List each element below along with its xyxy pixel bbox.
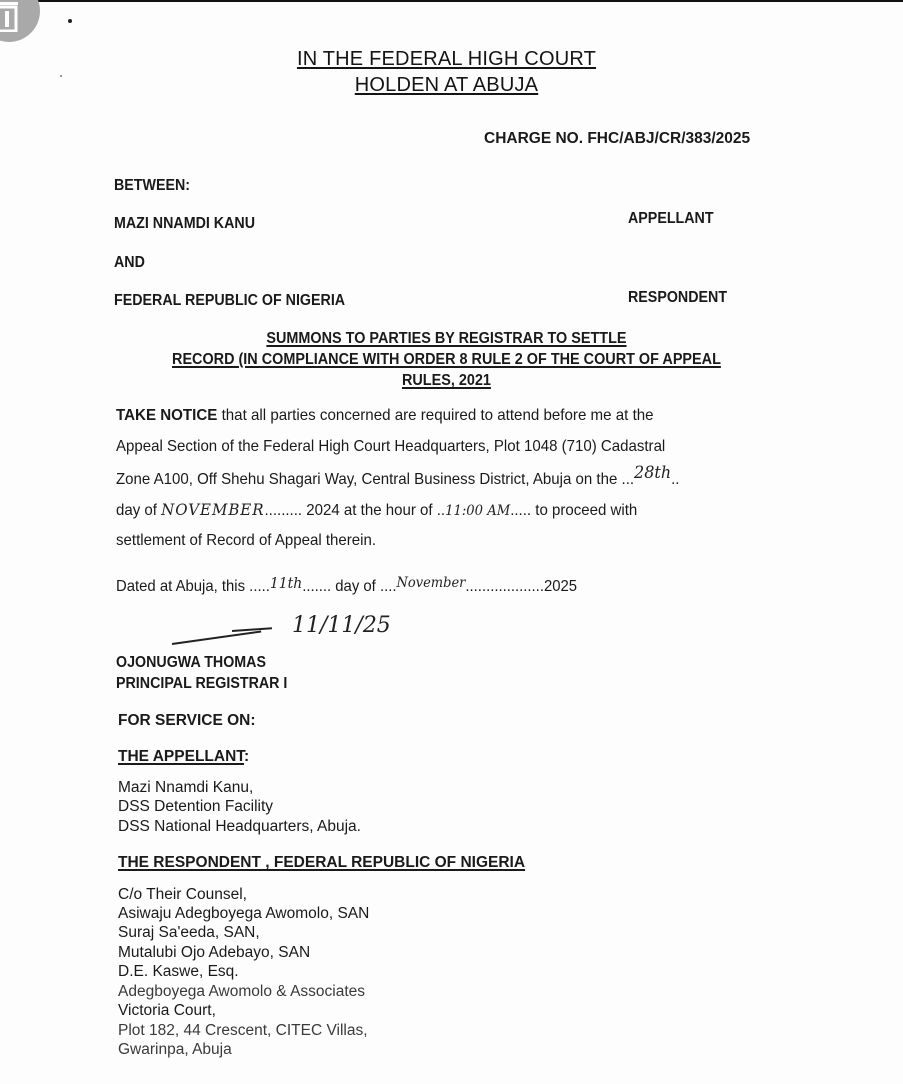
respondent-address-line: Victoria Court,	[118, 1003, 216, 1019]
handwritten-day: 28th	[634, 463, 671, 483]
appellant-name: MAZI NNAMDI KANU	[114, 215, 255, 233]
court-title-line2: HOLDEN AT ABUJA	[0, 74, 893, 97]
notice-line-4-suffix: to proceed with	[531, 502, 637, 519]
respondent-address-line: Gwarinpa, Abuja	[118, 1042, 232, 1058]
notice-line-3: Zone A100, Off Shehu Shagari Way, Centra…	[116, 469, 679, 489]
summons-title-line3: RULES, 2021	[31, 372, 861, 390]
respondent-address-line: Mutalubi Ojo Adebayo, SAN	[118, 945, 310, 961]
dated-line: Dated at Abuja, this .....11th....... da…	[116, 577, 577, 596]
handwritten-dated-day: 11th	[270, 574, 302, 592]
registrar-name: OJONUGWA THOMAS	[116, 654, 266, 672]
handwritten-dated-month: November	[396, 575, 465, 591]
day-of-label: day of	[116, 502, 161, 519]
respondent-address-line: C/o Their Counsel,	[118, 887, 247, 903]
and-label: AND	[114, 254, 145, 272]
between-label: BETWEEN:	[114, 177, 190, 195]
page-top-border	[0, 0, 903, 2]
appellant-address-line: Mazi Nnamdi Kanu,	[118, 780, 253, 796]
respondent-address-line: Plot 182, 44 Crescent, CITEC Villas,	[118, 1023, 368, 1039]
notice-line-5: settlement of Record of Appeal therein.	[116, 532, 376, 550]
notice-line-1-text: that all parties concerned are required …	[217, 407, 653, 424]
summons-title-line2: RECORD (IN COMPLIANCE WITH ORDER 8 RULE …	[31, 351, 861, 369]
delete-button[interactable]	[0, 0, 40, 42]
notice-line-2: Appeal Section of the Federal High Court…	[116, 438, 665, 456]
notice-line-1: TAKE NOTICE that all parties concerned a…	[116, 407, 654, 425]
hour-label: at the hour of	[344, 502, 437, 519]
appellant-role: APPELLANT	[628, 210, 714, 228]
respondent-service-heading: THE RESPONDENT , FEDERAL REPUBLIC OF NIG…	[118, 854, 525, 872]
appellant-address-line: DSS National Headquarters, Abuja.	[118, 819, 361, 835]
charge-number: CHARGE NO. FHC/ABJ/CR/383/2025	[484, 130, 750, 148]
for-service-heading: FOR SERVICE ON:	[118, 712, 256, 730]
hearing-year: 2024	[302, 502, 340, 519]
respondent-address-line: Asiwaju Adegboyega Awomolo, SAN	[118, 906, 369, 922]
dated-year: 2025	[544, 578, 577, 595]
dated-mid: day of	[331, 578, 380, 595]
signature-stroke	[172, 630, 261, 645]
appellant-service-heading: THE APPELLANT:	[118, 748, 249, 766]
dated-prefix: Dated at Abuja, this	[116, 578, 249, 595]
colon: :	[244, 748, 249, 765]
summons-title-line1: SUMMONS TO PARTIES BY REGISTRAR TO SETTL…	[31, 330, 861, 348]
scan-speck	[68, 19, 72, 23]
handwritten-month: NOVEMBER	[161, 500, 264, 519]
respondent-address-line: Adegboyega Awomolo & Associates	[118, 984, 365, 1000]
appellant-service-label: THE APPELLANT	[118, 748, 244, 765]
respondent-address-line: D.E. Kaswe, Esq.	[118, 964, 239, 980]
respondent-address-line: Suraj Sa'eeda, SAN,	[118, 925, 260, 941]
court-title-line1: IN THE FEDERAL HIGH COURT	[0, 48, 893, 71]
appellant-address-line: DSS Detention Facility	[118, 799, 273, 815]
handwritten-hour: 11:00 AM	[445, 503, 510, 519]
notice-line-4: day of NOVEMBER......... 2024 at the hou…	[116, 500, 637, 520]
respondent-name: FEDERAL REPUBLIC OF NIGERIA	[114, 292, 345, 310]
signature-date: 11/11/25	[292, 613, 391, 638]
registrar-title: PRINCIPAL REGISTRAR I	[116, 675, 287, 693]
respondent-role: RESPONDENT	[628, 289, 727, 307]
trash-icon	[0, 2, 20, 32]
notice-line-3-text: Zone A100, Off Shehu Shagari Way, Centra…	[116, 471, 622, 488]
take-notice-label: TAKE NOTICE	[116, 407, 217, 424]
